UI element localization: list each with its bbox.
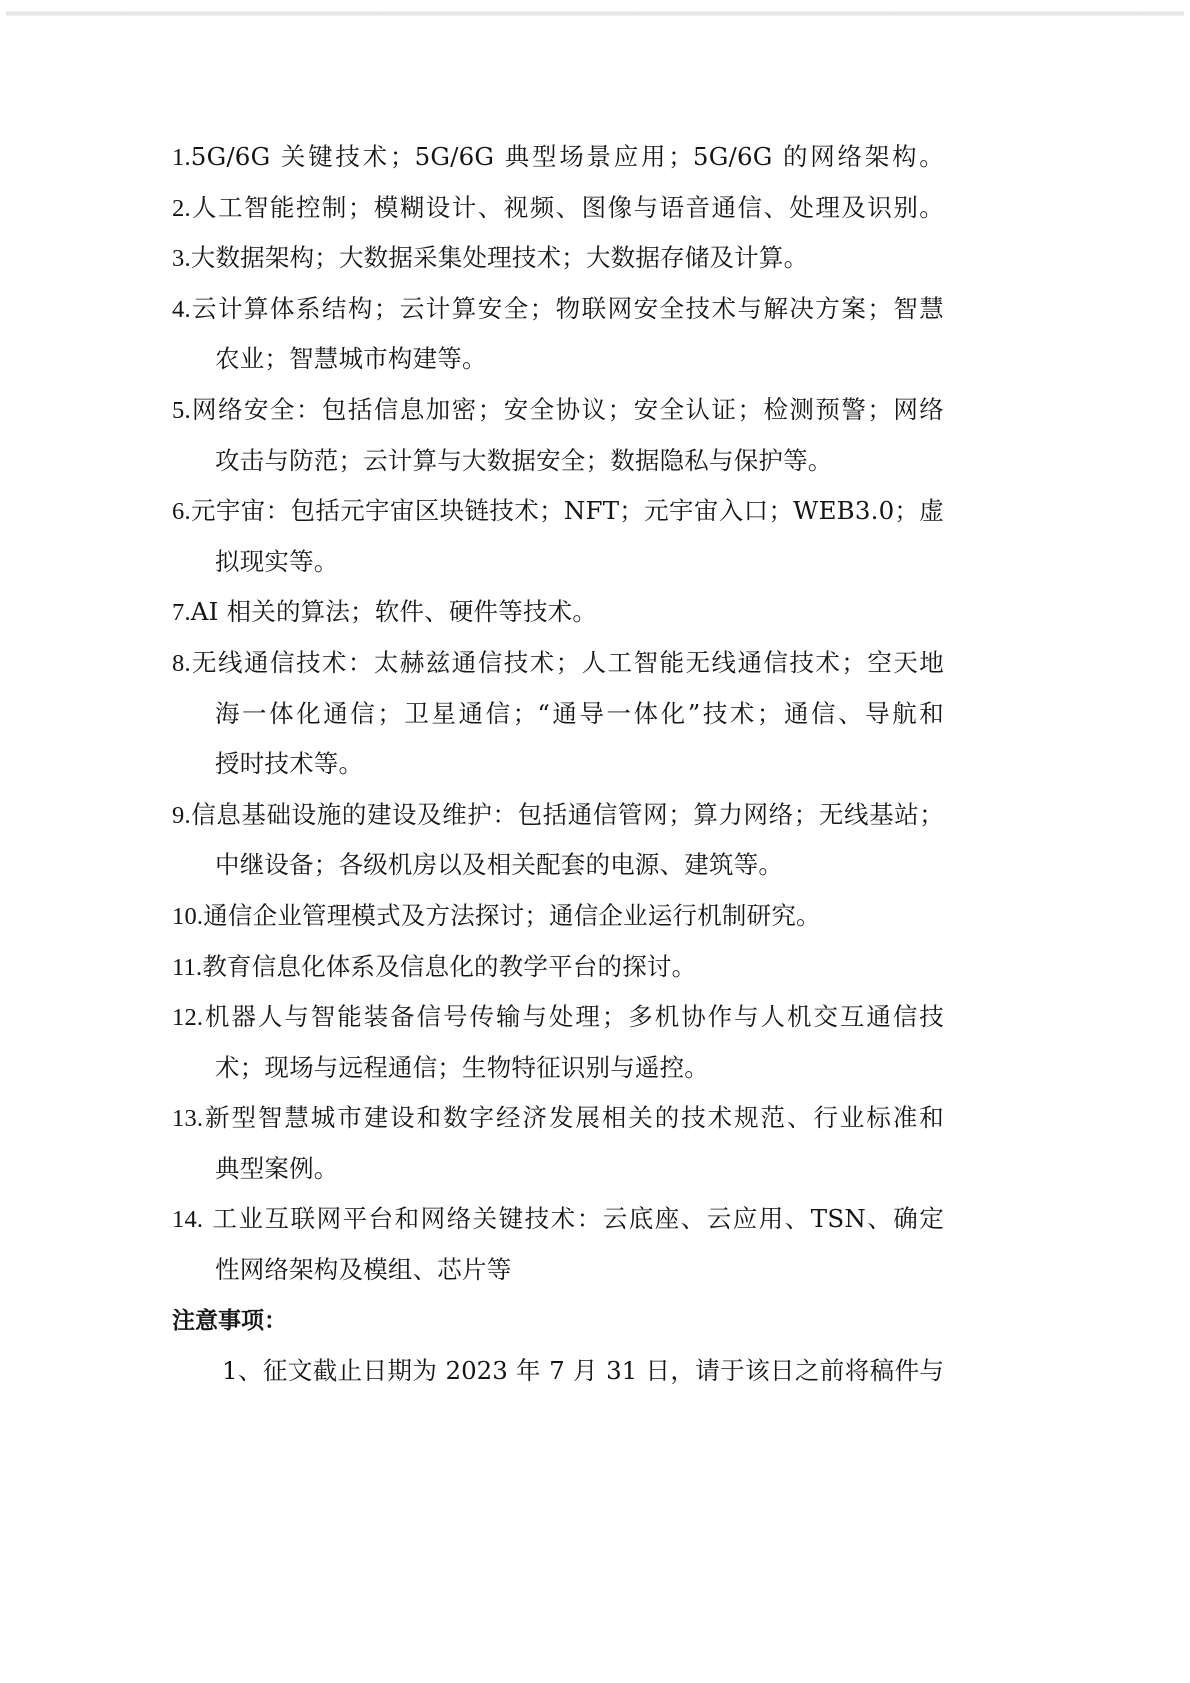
topic-2-line-1: 2.人工智能控制；模糊设计、视频、图像与语音通信、处理及识别。 xyxy=(172,190,944,241)
topic-9-line-2: 中继设备；各级机房以及相关配套的电源、建筑等。 xyxy=(172,847,944,898)
topic-6-line-1: 6.元宇宙：包括元宇宙区块链技术；NFT；元宇宙入口；WEB3.0；虚 xyxy=(172,493,944,544)
topic-8-line-2: 海一体化通信；卫星通信；“通导一体化”技术；通信、导航和 xyxy=(172,696,944,747)
topic-number: 10. xyxy=(172,899,203,935)
topic-8-line-1: 8.无线通信技术：太赫兹通信技术；人工智能无线通信技术；空天地 xyxy=(172,645,944,696)
topic-text: 大数据架构；大数据采集处理技术；大数据存储及计算。 xyxy=(191,243,809,272)
topic-text: 云计算体系结构；云计算安全；物联网安全技术与解决方案；智慧 xyxy=(191,294,944,323)
topic-7-line-1: 7.AI 相关的算法；软件、硬件等技术。 xyxy=(172,594,944,645)
topic-text: 新型智慧城市建设和数字经济发展相关的技术规范、行业标准和 xyxy=(203,1103,944,1132)
topic-9-line-1: 9.信息基础设施的建设及维护：包括通信管网；算力网络；无线基站； xyxy=(172,797,944,848)
topic-text: 无线通信技术：太赫兹通信技术；人工智能无线通信技术；空天地 xyxy=(191,648,944,677)
topic-5-line-2: 攻击与防范；云计算与大数据安全；数据隐私与保护等。 xyxy=(172,443,944,494)
topic-5-line-1: 5.网络安全：包括信息加密；安全协议；安全认证；检测预警；网络 xyxy=(172,392,944,443)
topic-number: 3. xyxy=(172,241,191,277)
topic-12-line-2: 术；现场与远程通信；生物特征识别与遥控。 xyxy=(172,1050,944,1101)
topic-text: 工业互联网平台和网络关键技术：云底座、云应用、TSN、确定 xyxy=(203,1204,944,1233)
topic-number: 14. xyxy=(172,1202,203,1238)
topic-number: 9. xyxy=(172,798,191,834)
topic-text: 元宇宙：包括元宇宙区块链技术；NFT；元宇宙入口；WEB3.0；虚 xyxy=(191,496,944,525)
topic-text: 人工智能控制；模糊设计、视频、图像与语音通信、处理及识别。 xyxy=(191,193,944,222)
topic-3-line-1: 3.大数据架构；大数据采集处理技术；大数据存储及计算。 xyxy=(172,240,944,291)
topic-number: 1. xyxy=(172,140,191,176)
topic-number: 6. xyxy=(172,494,191,530)
topic-14-line-1: 14. 工业互联网平台和网络关键技术：云底座、云应用、TSN、确定 xyxy=(172,1201,944,1252)
topic-1-line-1: 1.5G/6G 关键技术；5G/6G 典型场景应用；5G/6G 的网络架构。 xyxy=(172,139,944,190)
topic-10-line-1: 10.通信企业管理模式及方法探讨；通信企业运行机制研究。 xyxy=(172,898,944,949)
topic-number: 11. xyxy=(172,950,202,986)
topic-number: 7. xyxy=(172,595,191,631)
topic-text: AI 相关的算法；软件、硬件等技术。 xyxy=(191,597,597,626)
topic-number: 12. xyxy=(172,1000,203,1036)
topic-number: 2. xyxy=(172,191,191,227)
document-page: 1.5G/6G 关键技术；5G/6G 典型场景应用；5G/6G 的网络架构。 2… xyxy=(172,139,944,1404)
topic-6-line-2: 拟现实等。 xyxy=(172,544,944,595)
topic-11-line-1: 11.教育信息化体系及信息化的教学平台的探讨。 xyxy=(172,949,944,1000)
topic-text: 教育信息化体系及信息化的教学平台的探讨。 xyxy=(202,952,696,981)
topic-text: 信息基础设施的建设及维护：包括通信管网；算力网络；无线基站； xyxy=(191,800,944,829)
topic-12-line-1: 12.机器人与智能装备信号传输与处理；多机协作与人机交互通信技 xyxy=(172,999,944,1050)
notice-item-1: 1、征文截止日期为 2023 年 7 月 31 日，请于该日之前将稿件与 xyxy=(172,1353,944,1404)
topic-number: 4. xyxy=(172,292,191,328)
topic-text: 网络安全：包括信息加密；安全协议；安全认证；检测预警；网络 xyxy=(191,395,944,424)
topic-14-line-2: 性网络架构及模组、芯片等 xyxy=(172,1252,944,1303)
topic-13-line-2: 典型案例。 xyxy=(172,1151,944,1202)
topic-4-line-2: 农业；智慧城市构建等。 xyxy=(172,341,944,392)
topic-4-line-1: 4.云计算体系结构；云计算安全；物联网安全技术与解决方案；智慧 xyxy=(172,291,944,342)
topic-text: 机器人与智能装备信号传输与处理；多机协作与人机交互通信技 xyxy=(203,1002,944,1031)
topic-number: 8. xyxy=(172,646,191,682)
notice-heading: 注意事项： xyxy=(172,1303,944,1354)
topic-number: 13. xyxy=(172,1101,203,1137)
topic-text: 通信企业管理模式及方法探讨；通信企业运行机制研究。 xyxy=(203,901,821,930)
topic-text: 5G/6G 关键技术；5G/6G 典型场景应用；5G/6G 的网络架构。 xyxy=(191,142,944,171)
topic-8-line-3: 授时技术等。 xyxy=(172,746,944,797)
topic-number: 5. xyxy=(172,393,191,429)
topic-13-line-1: 13.新型智慧城市建设和数字经济发展相关的技术规范、行业标准和 xyxy=(172,1100,944,1151)
page-top-edge xyxy=(6,11,1184,16)
